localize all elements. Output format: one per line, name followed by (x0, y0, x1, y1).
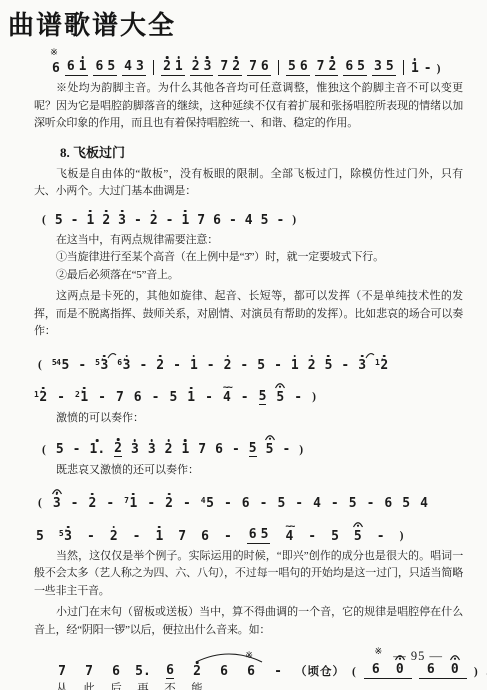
octave-dot-high (184, 210, 187, 213)
note-digit: 1 (80, 391, 88, 405)
paragraph-cadence-note-explanation: ※处均为韵脚主音。为什么其他各音均可任意调整，惟独这个韵脚主音不可以变更呢？因为… (34, 80, 463, 133)
note: 5 (276, 391, 284, 405)
fermata-mark (51, 488, 62, 495)
note-digit: 1. (90, 443, 106, 457)
octave-dot-high (42, 387, 45, 390)
note-digit: 6※ (52, 62, 60, 76)
note-digit: 3 (204, 60, 212, 74)
note-digit: 2 (192, 60, 200, 74)
note: 6 (201, 530, 209, 544)
note-digit: 3 (123, 359, 131, 373)
note: 6 (249, 528, 257, 542)
note-digit: 5 (288, 60, 296, 74)
note: 5̇3 (95, 359, 108, 373)
note-digit: - (98, 391, 106, 405)
octave-dot-high (168, 493, 171, 496)
fermata-mark (275, 382, 286, 389)
note: 2 (165, 497, 173, 511)
label-indignant-version: 激愤的可以奏作： (34, 410, 463, 428)
note-digit: - (224, 530, 232, 544)
note-digit: - (424, 62, 432, 76)
trill-ornament: ~~ (223, 383, 231, 393)
paragraph-small-guomen-rule: 小过门在末句（留板或送板）当中，算不得曲调的一个音，它的规律是唱腔停在什么音上，… (34, 604, 463, 639)
note: 3 (204, 60, 212, 74)
note: 0 (390, 663, 410, 677)
note: 4~~ (285, 530, 293, 544)
note-digit: 1 (187, 391, 195, 405)
octave-dot-high (134, 439, 137, 442)
note-digit: 4~~ (285, 530, 293, 544)
note: 5 (325, 359, 333, 373)
note: 1 (87, 214, 95, 228)
beamed-note-group: 21 (161, 60, 185, 76)
octave-dot-high (152, 210, 155, 213)
note: 6 (345, 60, 353, 74)
note-digit: - (229, 214, 237, 228)
note-digit: 7 (198, 443, 206, 457)
dash-note: - (424, 62, 432, 76)
note-digit: 3 (358, 359, 366, 373)
note: 5 (288, 60, 296, 74)
octave-dot-high (361, 355, 364, 358)
close-paren: ) (400, 531, 405, 544)
note: 1. (90, 443, 106, 457)
open-paren: ( (42, 215, 47, 228)
note: 6 (106, 665, 126, 679)
note-digit: 3 (374, 60, 382, 74)
octave-dot-high (67, 526, 70, 529)
lyric-character: 从 (52, 680, 72, 690)
octave-dot-high (112, 526, 115, 529)
octave-dot-high (105, 210, 108, 213)
note-digit: 5 (386, 60, 394, 74)
dash-note: - (106, 497, 114, 511)
note-digit: 5 (261, 528, 269, 542)
note-digit: 6 (134, 391, 142, 405)
note-digit: 4 (420, 497, 428, 511)
note: 2 (110, 530, 118, 544)
note-digit: 5 (36, 530, 44, 544)
note-digit: 0 (451, 663, 459, 677)
note-digit: 6 (372, 663, 380, 677)
note: 6 (213, 214, 221, 228)
page-number: — 95 — (393, 649, 443, 664)
octave-dot-high (150, 439, 153, 442)
dash-note: - (87, 530, 95, 544)
note-digit: 3 (118, 214, 126, 228)
notation-line-sorrowful-indignant-1: (3-2-71-2-45-6-5-4-5-654 (34, 485, 463, 511)
note-digit: - (152, 391, 160, 405)
note-digit: 5 (276, 391, 284, 405)
note: 3 (374, 60, 382, 74)
slur-mark (107, 352, 117, 359)
note: 7 (116, 391, 124, 405)
note-digit: - (294, 391, 302, 405)
note-digit: 2 (102, 214, 110, 228)
octave-dot-high (206, 56, 209, 59)
barline (403, 60, 404, 75)
dash-note: - (73, 443, 81, 457)
note-digit: 2 (114, 442, 122, 457)
dash-note: - (276, 214, 284, 228)
dash-note: - (173, 359, 181, 373)
note: 5 (169, 391, 177, 405)
dash-note: - (98, 391, 106, 405)
slur-mark (365, 352, 375, 359)
barline (153, 60, 154, 75)
note: 3 (148, 443, 156, 457)
note-digit: 2 (308, 359, 316, 373)
note-digit: 0 (396, 663, 404, 677)
dash-note: - (260, 497, 268, 511)
beamed-note-group: 56 (286, 60, 310, 76)
note-digit: 1 (79, 60, 87, 74)
note-digit: 6 (215, 443, 223, 457)
note-digit: 5 (169, 391, 177, 405)
note: 2 (308, 359, 316, 373)
open-paren: ( (38, 498, 43, 511)
note: 4 (124, 60, 132, 74)
note-digit: 6 (95, 60, 103, 74)
octave-dot-high (166, 56, 169, 59)
octave-dot-high (159, 355, 162, 358)
beamed-note-group: 65 (93, 60, 117, 76)
dash-note: - (241, 391, 249, 405)
dash-note: - (224, 497, 232, 511)
note: 7 (220, 60, 228, 74)
note-digit: 5 (354, 530, 362, 544)
note: 2̇1 (75, 391, 88, 405)
note-digit: 6 (220, 665, 228, 679)
grace-note: 5̇ (59, 530, 63, 538)
note: 1 (181, 443, 189, 457)
notation-line-cadence-example: 6※61654321237276567265351-) (34, 45, 463, 76)
octave-dot-high (184, 439, 187, 442)
dash-note: - (295, 497, 303, 511)
paragraph-rule-1: ①当旋律进行至某个高音（在上例中是“3̇”）时，就一定要坡式下行。 (34, 249, 463, 267)
octave-dot-high (96, 439, 99, 442)
note-digit: - (87, 530, 95, 544)
note-digit: - (341, 359, 349, 373)
octave-dot-high (167, 439, 170, 442)
dash-note: - (183, 497, 191, 511)
note: 2 (232, 60, 240, 74)
beamed-note-group: 76 (247, 60, 271, 76)
close-paren: ) (474, 667, 479, 680)
note-digit: 1 (175, 60, 183, 74)
note-digit: 5 (257, 359, 265, 373)
note-digit: - (241, 391, 249, 405)
note: 6 (160, 664, 180, 679)
fermata-mark (264, 434, 275, 441)
lyric-character: 后 (106, 680, 126, 690)
notation-line-big-guomen-basic-tune: (5-123-2-176-45-) (34, 206, 463, 228)
note-digit: 5 (249, 442, 257, 457)
lyric-character: 不 (160, 680, 180, 690)
beamed-note-group: 65 (343, 60, 367, 76)
note-digit: 5 (259, 390, 267, 405)
note: 6 (366, 663, 386, 677)
octave-dot-high (383, 355, 386, 358)
note: 1 (291, 359, 299, 373)
octave-dot-high (196, 661, 199, 664)
note-digit: 5 (325, 359, 333, 373)
note-digit: - (133, 530, 141, 544)
dash-note: - (71, 497, 79, 511)
notation-line-indignant: (5-1.2332176-55-) (34, 432, 463, 457)
note: 1 (190, 359, 198, 373)
note: 5 (257, 359, 265, 373)
grace-note: 5̇ (95, 359, 99, 367)
note-digit: - (205, 391, 213, 405)
beamed-note-group: 43 (122, 60, 146, 76)
note-digit: 3 (53, 497, 61, 511)
beamed-note-group: 60※ (364, 663, 412, 679)
note-digit: - (183, 497, 191, 511)
note-digit: 5 (357, 60, 365, 74)
note: 545 (52, 359, 69, 373)
octave-dot-high (235, 56, 238, 59)
grace-note: 1̇ (375, 359, 379, 367)
octave-dot-high (414, 58, 417, 61)
paragraph-two-rules-intro: 在这当中，有两点规律需要注意： (34, 232, 463, 250)
note: 6 (261, 60, 269, 74)
trill-ornament: ~~ (285, 522, 293, 532)
note-digit: - (274, 665, 282, 679)
note: 6 (214, 665, 234, 679)
note: 3 (53, 497, 61, 511)
octave-dot-high (103, 355, 106, 358)
note: 2 (163, 60, 171, 74)
note: 2 (114, 442, 122, 457)
note: 6 (215, 443, 223, 457)
octave-dot-high (327, 355, 330, 358)
note-digit: 2 (193, 665, 201, 679)
octave-dot-high (190, 387, 193, 390)
note-digit: 5 (277, 497, 285, 511)
note: 3 (131, 443, 139, 457)
note: 2 (102, 214, 110, 228)
fermata-mark (352, 521, 363, 528)
barline (278, 60, 279, 75)
note-digit: 2 (165, 497, 173, 511)
note-digit: - (260, 497, 268, 511)
note-digit: 1 (155, 530, 163, 544)
reference-mark: ※ (50, 49, 58, 59)
note-digit: - (224, 497, 232, 511)
dash-note: - (139, 359, 147, 373)
grace-note: 7 (124, 497, 128, 505)
note-digit: 6 (213, 214, 221, 228)
note-digit: 4 (313, 497, 321, 511)
note-digit: 7 (178, 530, 186, 544)
note: 5 (261, 214, 269, 228)
book-header-title: 曲谱歌谱大全 (0, 0, 487, 42)
note: 5 (261, 528, 269, 542)
note: 3 (358, 359, 366, 373)
beamed-note-group: 65 (247, 528, 271, 544)
note: 6※ (241, 665, 261, 679)
octave-dot-high (310, 355, 313, 358)
note-digit: - (78, 359, 86, 373)
note-digit: 5 (107, 60, 115, 74)
note: 5 (259, 390, 267, 405)
dash-note: - (71, 214, 79, 228)
note: 2 (224, 359, 232, 373)
note-digit: 6※ (247, 665, 255, 679)
note: 2 (187, 665, 207, 679)
dash-note: - (232, 443, 240, 457)
octave-dot-high (117, 438, 120, 441)
open-paren: ( (38, 360, 43, 373)
note-digit: - (73, 443, 81, 457)
note: 71 (124, 497, 137, 511)
note-digit: 7 (85, 665, 93, 679)
paragraph-fixed-points-explanation: 这两点是卡死的，其他如旋律、起音、长短等，都可以发挥（不是单纯技术性的发挥，而是… (34, 288, 463, 341)
note-digit: 5 (55, 214, 63, 228)
octave-dot-high (226, 355, 229, 358)
note-digit: 5 (206, 497, 214, 511)
dash-note: - (134, 214, 142, 228)
note: 5 (56, 443, 64, 457)
note-digit: 1 (181, 443, 189, 457)
note: 45 (201, 497, 214, 511)
note: 0 (445, 663, 465, 677)
note: 7 (198, 443, 206, 457)
octave-dot-high (81, 56, 84, 59)
note: 2 (192, 60, 200, 74)
note: 6 (67, 60, 75, 74)
lyric-character: 再 (133, 680, 153, 690)
note: 2 (89, 497, 97, 511)
beamed-note-group: 35 (372, 60, 396, 76)
beamed-note-group: 61 (65, 60, 89, 76)
note-digit: - (282, 443, 290, 457)
note-digit: 5. (135, 665, 151, 679)
note-digit: 7 (220, 60, 228, 74)
note: 5 (249, 442, 257, 457)
note-digit: 7 (249, 60, 257, 74)
note: 2 (329, 60, 337, 74)
note: 6 (242, 497, 250, 511)
lyric-character: 此 (79, 680, 99, 690)
note-digit: 5 (349, 497, 357, 511)
note-digit: 2 (89, 497, 97, 511)
octave-dot-high (331, 56, 334, 59)
note: 4 (313, 497, 321, 511)
note-digit: 2 (150, 214, 158, 228)
note-digit: 6 (345, 60, 353, 74)
note-digit: 4 (245, 214, 253, 228)
grace-note: 54 (52, 359, 61, 367)
note: 2 (150, 214, 158, 228)
note-digit: 2 (163, 60, 171, 74)
octave-dot-high (121, 210, 124, 213)
paragraph-improvisation-note: 当然，这仅仅是举个例子。实际运用的时候，“即兴”创作的成分也是很大的。唱词一般不… (34, 548, 463, 601)
note-digit: 5 (56, 443, 64, 457)
note-digit: 1 (190, 359, 198, 373)
note-digit: - (295, 497, 303, 511)
notation-line-sorrowful-2: 1̇2-2̇1-76-51-4~~-55-) (34, 380, 463, 405)
grace-note: 4 (201, 497, 205, 505)
note-digit: 2 (232, 60, 240, 74)
octave-dot-high (91, 493, 94, 496)
open-paren: ( (42, 445, 47, 458)
note: 1̇2 (375, 359, 388, 373)
note-digit: - (147, 497, 155, 511)
section-heading-feiban-guomen: 8. 飞板过门 (34, 142, 463, 161)
close-paren: ) (312, 392, 317, 405)
dash-note: - (78, 359, 86, 373)
note-digit: 2 (224, 359, 232, 373)
note-digit: - (331, 497, 339, 511)
octave-dot-high (294, 355, 297, 358)
notation-text: （顷仓） (295, 667, 345, 680)
note: 1 (411, 62, 419, 76)
note: 7 (249, 60, 257, 74)
note-digit: 6 (242, 497, 250, 511)
lyric-character: 能 (187, 680, 207, 690)
paragraph-feiban-intro: 飞板是自由体的“散板”，没有板眼的限制。全部飞板过门，除模仿性过门外，只有大、小… (34, 166, 463, 201)
lyrics-line: 从此后再不能 (34, 680, 463, 690)
grace-note: 1̇ (34, 391, 38, 399)
beamed-note-group: 23 (190, 60, 214, 76)
note-digit: 1 (291, 359, 299, 373)
note-digit: 5 (331, 530, 339, 544)
note-digit: - (139, 359, 147, 373)
dash-note: - (367, 497, 375, 511)
note-digit: 7 (58, 665, 66, 679)
note: 7 (317, 60, 325, 74)
note-digit: - (276, 214, 284, 228)
dash-note: - (147, 497, 155, 511)
note-digit: 3 (131, 443, 139, 457)
note-digit: 7 (317, 60, 325, 74)
note-digit: 1 (129, 497, 137, 511)
note: 6 (300, 60, 308, 74)
fermata-mark (449, 654, 460, 661)
note: 4 (420, 497, 428, 511)
paragraph-rule-2: ②最后必须落在“5”音上。 (34, 267, 463, 285)
note: 6 (95, 60, 103, 74)
close-paren: ) (299, 445, 304, 458)
note-digit: - (308, 530, 316, 544)
note-digit: 1 (87, 214, 95, 228)
reference-mark: ※ (245, 652, 253, 662)
octave-dot-high (83, 387, 86, 390)
dash-note: - (207, 359, 215, 373)
note-digit: - (232, 443, 240, 457)
note-digit: 6 (201, 530, 209, 544)
note: 7 (52, 665, 72, 679)
note: 1̇2 (34, 391, 47, 405)
dash-note: - (57, 391, 65, 405)
octave-dot-high (194, 56, 197, 59)
note-digit: 4 (124, 60, 132, 74)
note-digit: 6 (166, 664, 174, 679)
note: 6 (134, 391, 142, 405)
notation-line-sorrowful-1: (545-5̇36̇3-2-1-2-5-125-31̇2 (34, 346, 463, 373)
note-digit: 4~~ (223, 391, 231, 405)
note: 7 (178, 530, 186, 544)
close-paren: ) (437, 64, 442, 77)
note: 6※ (52, 62, 60, 76)
dash-note: - (205, 391, 213, 405)
note-digit: 6 (67, 60, 75, 74)
page-content: 6※61654321237276567265351-) ※处均为韵脚主音。为什么… (0, 45, 487, 690)
note-digit: 5 (266, 443, 274, 457)
note-digit: - (367, 497, 375, 511)
